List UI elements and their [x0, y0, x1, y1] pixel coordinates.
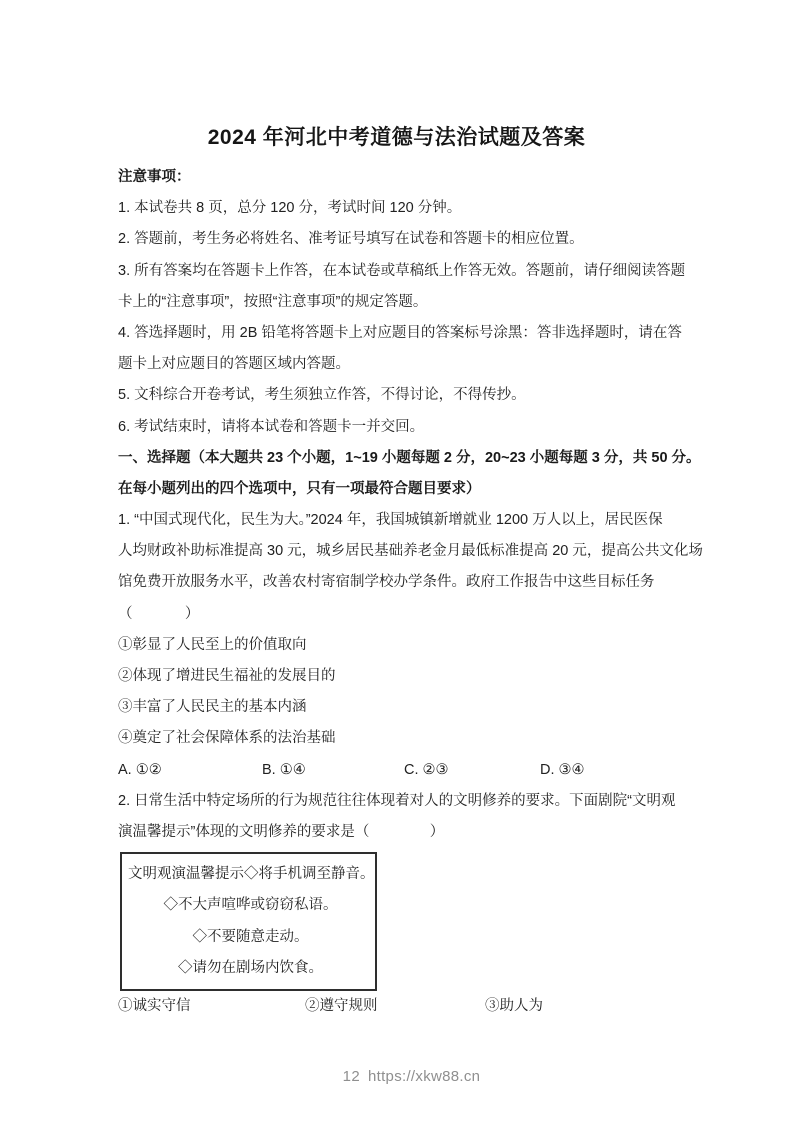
notice-line-3: 3. 所有答案均在答题卡上作答，在本试卷或草稿纸上作答无效。答题前，请仔细阅读答…	[118, 256, 690, 287]
question-1-option-b: B. ①④	[262, 755, 404, 786]
question-1-statement-4: ④奠定了社会保障体系的法治基础	[118, 723, 690, 754]
theater-tip-box: 文明观演温馨提示◇将手机调至静音。 ◇不大声喧哗或窃窃私语。 ◇不要随意走动。 …	[120, 852, 377, 991]
document-body: 注意事项： 1. 本试卷共 8 页，总分 120 分，考试时间 120 分钟。 …	[118, 162, 690, 1022]
footer-url: https://xkw88.cn	[368, 1068, 480, 1085]
page-footer: 12https://xkw88.cn	[0, 1066, 793, 1088]
question-1-statement-1: ①彰显了人民至上的价值取向	[118, 630, 690, 661]
notice-line-1: 1. 本试卷共 8 页，总分 120 分，考试时间 120 分钟。	[118, 193, 690, 224]
question-1-statement-2: ②体现了增进民生福祉的发展目的	[118, 661, 690, 692]
notice-line-4-cont: 题卡上对应题目的答题区域内答题。	[118, 349, 690, 380]
question-2-line-1: 2. 日常生活中特定场所的行为规范往往体现着对人的文明修养的要求。下面剧院“文明…	[118, 786, 690, 817]
tip-box-line-1: 文明观演温馨提示◇将手机调至静音。	[128, 859, 373, 890]
question-1-options-row: A. ①②B. ①④C. ②③D. ③④	[118, 755, 690, 786]
question-1-line-2: 人均财政补助标准提高 30 元，城乡居民基础养老金月最低标准提高 20 元，提高…	[118, 536, 690, 567]
question-2-option-1: ①诚实守信	[118, 991, 305, 1022]
section-heading-line-1: 一、选择题（本大题共 23 个小题，1~19 小题每题 2 分，20~23 小题…	[118, 443, 690, 474]
page-title: 2024 年河北中考道德与法治试题及答案	[0, 0, 793, 151]
question-2-line-2: 演温馨提示”体现的文明修养的要求是（ ）	[118, 817, 690, 848]
notice-line-3-cont: 卡上的“注意事项”，按照“注意事项”的规定答题。	[118, 287, 690, 318]
question-2-option-3: ③助人为	[485, 991, 543, 1022]
question-1-line-1: 1. “中国式现代化，民生为大。”2024 年，我国城镇新增就业 1200 万人…	[118, 505, 690, 536]
question-1-statement-3: ③丰富了人民民主的基本内涵	[118, 692, 690, 723]
question-1-option-c: C. ②③	[404, 755, 540, 786]
tip-box-line-4: ◇请勿在剧场内饮食。	[128, 953, 373, 984]
question-2-option-2: ②遵守规则	[305, 991, 485, 1022]
notice-line-2: 2. 答题前，考生务必将姓名、准考证号填写在试卷和答题卡的相应位置。	[118, 224, 690, 255]
notice-line-5: 5. 文科综合开卷考试，考生须独立作答，不得讨论，不得传抄。	[118, 380, 690, 411]
notice-line-6: 6. 考试结束时，请将本试卷和答题卡一并交回。	[118, 412, 690, 443]
notice-line-4: 4. 答选择题时，用 2B 铅笔将答题卡上对应题目的答案标号涂黑：答非选择题时，…	[118, 318, 690, 349]
footer-page-number: 12	[343, 1068, 360, 1085]
notice-heading: 注意事项：	[118, 162, 690, 193]
question-1-line-3: 馆免费开放服务水平，改善农村寄宿制学校办学条件。政府工作报告中这些目标任务	[118, 567, 690, 598]
question-2-options-row: ①诚实守信②遵守规则③助人为	[118, 991, 690, 1022]
tip-box-line-2: ◇不大声喧哗或窃窃私语。	[128, 890, 373, 921]
exam-paper-page: 2024 年河北中考道德与法治试题及答案 注意事项： 1. 本试卷共 8 页，总…	[0, 0, 793, 1122]
question-1-option-a: A. ①②	[118, 755, 262, 786]
section-heading-line-2: 在每小题列出的四个选项中，只有一项最符合题目要求）	[118, 474, 690, 505]
question-1-answer-blank: （ ）	[118, 599, 690, 630]
tip-box-line-3: ◇不要随意走动。	[128, 922, 373, 953]
question-1-option-d: D. ③④	[540, 755, 585, 786]
